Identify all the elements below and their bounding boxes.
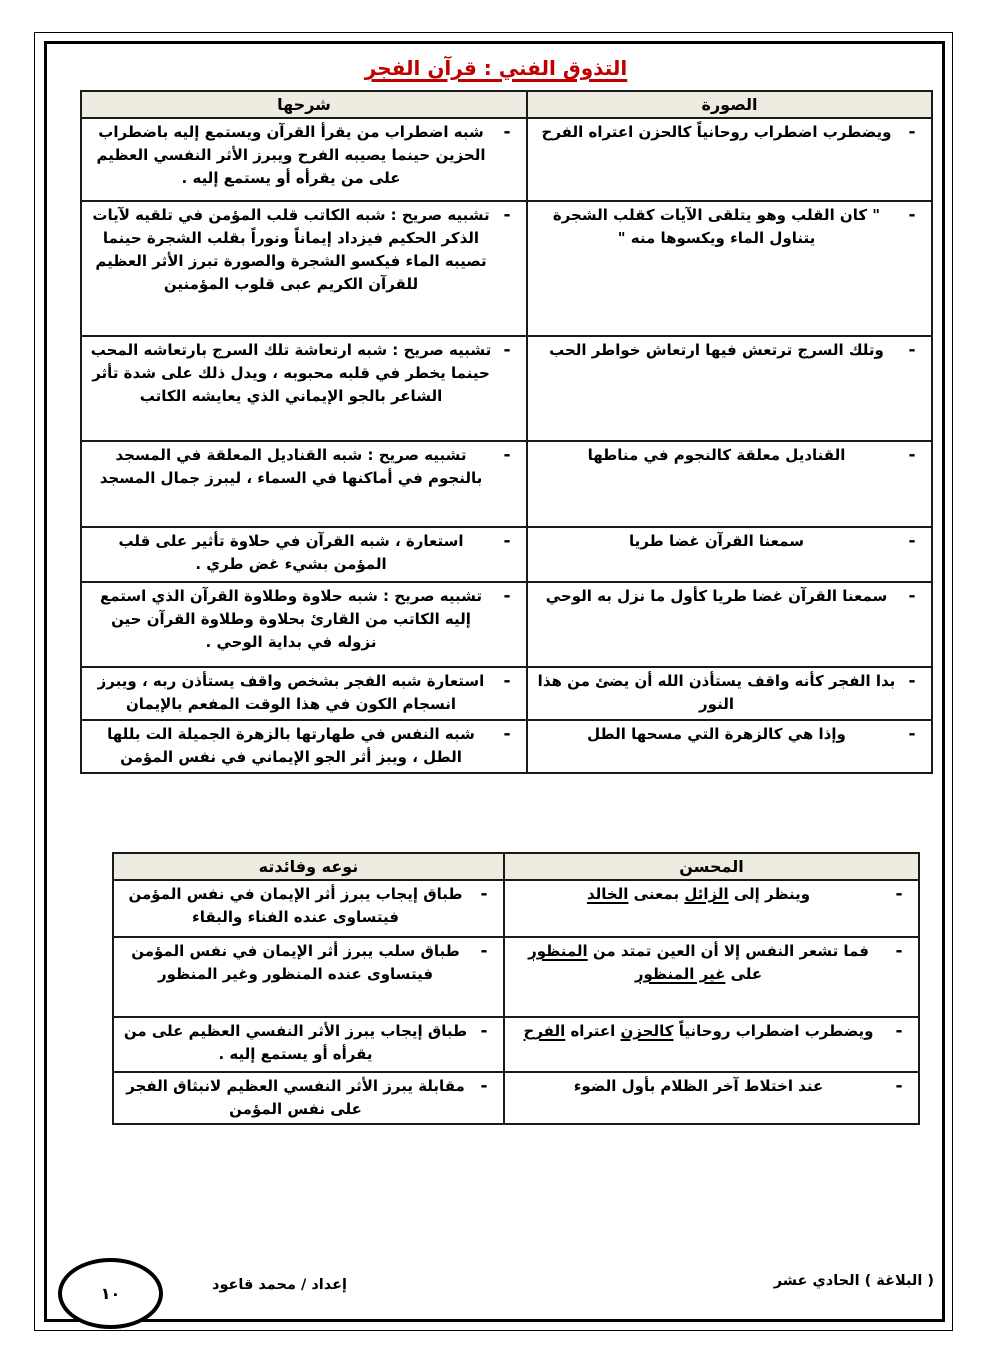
image-cell: -" كان القلب وهو يتلقى الآيات كقلب الشجر… bbox=[527, 201, 932, 336]
cell-text: استعارة شبه الفجر بشخص واقف يستأذن ربه ،… bbox=[86, 670, 492, 716]
explanation-cell: -استعارة ، شبه القرآن في حلاوة تأثير على… bbox=[81, 527, 527, 582]
figures-table-header-explanation: شرحها bbox=[81, 91, 527, 118]
text-segment: شبه النفس في طهارتها بالزهرة الجميلة الت… bbox=[107, 725, 475, 766]
bullet-dash: - bbox=[492, 121, 522, 144]
underlined-text: الخالد bbox=[587, 885, 629, 903]
footer-prepared-by: إعداد / محمد قاعود bbox=[212, 1277, 347, 1293]
cell-text: شبه النفس في طهارتها بالزهرة الجميلة الت… bbox=[86, 723, 492, 769]
bullet-dash: - bbox=[884, 883, 914, 906]
image-cell: -سمعنا القرآن غضا طريا كأول ما نزل به ال… bbox=[527, 582, 932, 667]
bullet-dash: - bbox=[897, 530, 927, 553]
cell-text: ويضطرب اضطراب روحانياً كالحزن اعتراه الف… bbox=[532, 121, 897, 144]
image-cell: -ويضطرب اضطراب روحانياً كالحزن اعتراه ال… bbox=[527, 118, 932, 201]
text-segment: استعارة ، شبه القرآن في حلاوة تأثير على … bbox=[119, 532, 464, 573]
text-segment: عند اختلاط آخر الظلام بأول الضوء bbox=[574, 1077, 823, 1095]
bullet-dash: - bbox=[884, 1020, 914, 1043]
cell-text: سمعنا القرآن غضا طريا كأول ما نزل به الو… bbox=[532, 585, 897, 608]
page-title: التذوق الفني : قرآن الفجر bbox=[0, 56, 992, 80]
table-row: -سمعنا القرآن غضا طريا-استعارة ، شبه الق… bbox=[81, 527, 932, 582]
text-segment: وإذا هي كالزهرة التي مسحها الطل bbox=[587, 725, 846, 743]
text-segment: طباق إيجاب يبرز الأثر النفسي العظيم على … bbox=[124, 1022, 467, 1063]
text-segment: طباق سلب يبرز أثر الإيمان في نفس المؤمن … bbox=[131, 942, 460, 983]
bullet-dash: - bbox=[884, 940, 914, 963]
text-segment: " كان القلب وهو يتلقى الآيات كقلب الشجرة… bbox=[553, 206, 880, 247]
text-segment: تشبيه صريح : شبه الكاتب قلب المؤمن في تل… bbox=[92, 206, 489, 293]
bullet-dash: - bbox=[492, 339, 522, 362]
type-benefit-cell: -مقابلة يبرز الأثر النفسي العظيم لانبثاق… bbox=[113, 1072, 504, 1124]
text-segment: تشبيه صريح : شبه حلاوة وطلاوة القرآن الذ… bbox=[100, 587, 482, 651]
text-segment: تشبيه صريح : شبه القناديل المعلقة في الم… bbox=[100, 446, 482, 487]
cell-text: مقابلة يبرز الأثر النفسي العظيم لانبثاق … bbox=[118, 1075, 469, 1121]
underlined-text: الزائل bbox=[684, 885, 728, 903]
type-benefit-cell: -طباق سلب يبرز أثر الإيمان في نفس المؤمن… bbox=[113, 937, 504, 1017]
bullet-dash: - bbox=[492, 670, 522, 693]
table-row: -ويضطرب اضطراب روحانياً كالحزن اعتراه ال… bbox=[113, 1017, 919, 1072]
cell-text: ويضطرب اضطراب روحانياً كالحزن اعتراه الف… bbox=[509, 1020, 884, 1043]
devices-table-body: -وينظر إلى الزائل بمعنى الخالد-طباق إيجا… bbox=[113, 880, 919, 1124]
explanation-cell: -تشبيه صريح : شبه الكاتب قلب المؤمن في ت… bbox=[81, 201, 527, 336]
text-segment: سمعنا القرآن غضا طريا كأول ما نزل به الو… bbox=[546, 587, 888, 605]
cell-text: القناديل معلقة كالنجوم في مناطها bbox=[532, 444, 897, 467]
cell-text: طباق إيجاب يبرز الأثر النفسي العظيم على … bbox=[118, 1020, 469, 1066]
figures-table-header-row: الصورة شرحها bbox=[81, 91, 932, 118]
cell-text: " كان القلب وهو يتلقى الآيات كقلب الشجرة… bbox=[532, 204, 897, 250]
bullet-dash: - bbox=[492, 723, 522, 746]
cell-text: استعارة ، شبه القرآن في حلاوة تأثير على … bbox=[86, 530, 492, 576]
underlined-text: الفرح bbox=[524, 1022, 566, 1040]
cell-text: طباق إيجاب يبرز أثر الإيمان في نفس المؤم… bbox=[118, 883, 469, 929]
text-segment: القناديل معلقة كالنجوم في مناطها bbox=[588, 446, 846, 464]
bullet-dash: - bbox=[469, 1075, 499, 1098]
bullet-dash: - bbox=[897, 670, 927, 693]
bullet-dash: - bbox=[469, 940, 499, 963]
bullet-dash: - bbox=[897, 204, 927, 227]
table-row: -سمعنا القرآن غضا طريا كأول ما نزل به ال… bbox=[81, 582, 932, 667]
bullet-dash: - bbox=[884, 1075, 914, 1098]
cell-text: بدا الفجر كأنه واقف يستأذن الله أن يضئ م… bbox=[532, 670, 897, 716]
text-segment: وتلك السرج ترتعش فيها ارتعاش خواطر الحب bbox=[549, 341, 884, 359]
type-benefit-cell: -طباق إيجاب يبرز الأثر النفسي العظيم على… bbox=[113, 1017, 504, 1072]
table-row: -وتلك السرج ترتعش فيها ارتعاش خواطر الحب… bbox=[81, 336, 932, 441]
text-segment: على bbox=[725, 965, 762, 983]
cell-text: فما تشعر النفس إلا أن العين تمتد من المن… bbox=[509, 940, 884, 986]
explanation-cell: -شبه النفس في طهارتها بالزهرة الجميلة ال… bbox=[81, 720, 527, 773]
bullet-dash: - bbox=[897, 723, 927, 746]
cell-text: سمعنا القرآن غضا طريا bbox=[532, 530, 897, 553]
bullet-dash: - bbox=[897, 585, 927, 608]
table-row: -ويضطرب اضطراب روحانياً كالحزن اعتراه ال… bbox=[81, 118, 932, 201]
text-segment: وينظر إلى bbox=[729, 885, 810, 903]
page-number: ١٠ bbox=[101, 1284, 121, 1303]
page-title-text: التذوق الفني : قرآن الفجر bbox=[365, 56, 627, 80]
bullet-dash: - bbox=[492, 204, 522, 227]
explanation-cell: -تشبيه صريح : شبه ارتعاشة تلك السرج بارت… bbox=[81, 336, 527, 441]
figures-table-header-image: الصورة bbox=[527, 91, 932, 118]
bullet-dash: - bbox=[897, 444, 927, 467]
device-cell: -عند اختلاط آخر الظلام بأول الضوء bbox=[504, 1072, 919, 1124]
devices-table-header-row: المحسن نوعه وفائدته bbox=[113, 853, 919, 880]
cell-text: طباق سلب يبرز أثر الإيمان في نفس المؤمن … bbox=[118, 940, 469, 986]
cell-text: عند اختلاط آخر الظلام بأول الضوء bbox=[509, 1075, 884, 1098]
cell-text: تشبيه صريح : شبه ارتعاشة تلك السرج بارتع… bbox=[86, 339, 492, 408]
text-segment: ويضطرب اضطراب روحانياً bbox=[673, 1022, 873, 1040]
bullet-dash: - bbox=[492, 585, 522, 608]
page-number-ellipse: ١٠ bbox=[58, 1258, 163, 1329]
table-row: -القناديل معلقة كالنجوم في مناطها-تشبيه … bbox=[81, 441, 932, 527]
cell-text: تشبيه صريح : شبه حلاوة وطلاوة القرآن الذ… bbox=[86, 585, 492, 654]
cell-text: شبه اضطراب من يقرأ القرآن ويستمع إليه با… bbox=[86, 121, 492, 190]
image-cell: -سمعنا القرآن غضا طريا bbox=[527, 527, 932, 582]
bullet-dash: - bbox=[492, 444, 522, 467]
text-segment: بمعنى bbox=[628, 885, 684, 903]
underlined-text: كالحزن bbox=[621, 1022, 674, 1040]
text-segment: سمعنا القرآن غضا طريا bbox=[629, 532, 804, 550]
text-segment: استعارة شبه الفجر بشخص واقف يستأذن ربه ،… bbox=[98, 672, 485, 713]
explanation-cell: -تشبيه صريح : شبه حلاوة وطلاوة القرآن ال… bbox=[81, 582, 527, 667]
cell-text: تشبيه صريح : شبه الكاتب قلب المؤمن في تل… bbox=[86, 204, 492, 296]
explanation-cell: -استعارة شبه الفجر بشخص واقف يستأذن ربه … bbox=[81, 667, 527, 720]
text-segment: طباق إيجاب يبرز أثر الإيمان في نفس المؤم… bbox=[128, 885, 462, 926]
image-cell: -وتلك السرج ترتعش فيها ارتعاش خواطر الحب bbox=[527, 336, 932, 441]
devices-table-header-type-benefit: نوعه وفائدته bbox=[113, 853, 504, 880]
text-segment: مقابلة يبرز الأثر النفسي العظيم لانبثاق … bbox=[126, 1077, 465, 1118]
bullet-dash: - bbox=[469, 1020, 499, 1043]
cell-text: وإذا هي كالزهرة التي مسحها الطل bbox=[532, 723, 897, 746]
table-row: -عند اختلاط آخر الظلام بأول الضوء-مقابلة… bbox=[113, 1072, 919, 1124]
underlined-text: غير المنظور bbox=[635, 965, 726, 983]
image-cell: -وإذا هي كالزهرة التي مسحها الطل bbox=[527, 720, 932, 773]
figures-table: الصورة شرحها -ويضطرب اضطراب روحانياً كال… bbox=[80, 90, 933, 774]
footer-subject: ( البلاغة ) الحادي عشر bbox=[774, 1273, 934, 1289]
image-cell: -القناديل معلقة كالنجوم في مناطها bbox=[527, 441, 932, 527]
table-row: -وينظر إلى الزائل بمعنى الخالد-طباق إيجا… bbox=[113, 880, 919, 937]
bullet-dash: - bbox=[469, 883, 499, 906]
underlined-text: المنظور bbox=[528, 942, 588, 960]
text-segment: تشبيه صريح : شبه ارتعاشة تلك السرج بارتع… bbox=[91, 341, 492, 405]
bullet-dash: - bbox=[897, 339, 927, 362]
bullet-dash: - bbox=[492, 530, 522, 553]
bullet-dash: - bbox=[897, 121, 927, 144]
image-cell: -بدا الفجر كأنه واقف يستأذن الله أن يضئ … bbox=[527, 667, 932, 720]
table-row: -وإذا هي كالزهرة التي مسحها الطل-شبه الن… bbox=[81, 720, 932, 773]
explanation-cell: -تشبيه صريح : شبه القناديل المعلقة في ال… bbox=[81, 441, 527, 527]
device-cell: -ويضطرب اضطراب روحانياً كالحزن اعتراه ال… bbox=[504, 1017, 919, 1072]
devices-table: المحسن نوعه وفائدته -وينظر إلى الزائل بم… bbox=[112, 852, 920, 1125]
table-row: -" كان القلب وهو يتلقى الآيات كقلب الشجر… bbox=[81, 201, 932, 336]
cell-text: وينظر إلى الزائل بمعنى الخالد bbox=[509, 883, 884, 906]
document-page: التذوق الفني : قرآن الفجر الصورة شرحها -… bbox=[0, 0, 992, 1370]
figures-table-body: -ويضطرب اضطراب روحانياً كالحزن اعتراه ال… bbox=[81, 118, 932, 773]
text-segment: اعتراه bbox=[565, 1022, 620, 1040]
table-row: -بدا الفجر كأنه واقف يستأذن الله أن يضئ … bbox=[81, 667, 932, 720]
cell-text: وتلك السرج ترتعش فيها ارتعاش خواطر الحب bbox=[532, 339, 897, 362]
device-cell: -وينظر إلى الزائل بمعنى الخالد bbox=[504, 880, 919, 937]
explanation-cell: -شبه اضطراب من يقرأ القرآن ويستمع إليه ب… bbox=[81, 118, 527, 201]
type-benefit-cell: -طباق إيجاب يبرز أثر الإيمان في نفس المؤ… bbox=[113, 880, 504, 937]
cell-text: تشبيه صريح : شبه القناديل المعلقة في الم… bbox=[86, 444, 492, 490]
text-segment: بدا الفجر كأنه واقف يستأذن الله أن يضئ م… bbox=[538, 672, 896, 713]
text-segment: ويضطرب اضطراب روحانياً كالحزن اعتراه الف… bbox=[542, 123, 892, 141]
text-segment: فما تشعر النفس إلا أن العين تمتد من bbox=[588, 942, 869, 960]
devices-table-header-device: المحسن bbox=[504, 853, 919, 880]
table-row: -فما تشعر النفس إلا أن العين تمتد من الم… bbox=[113, 937, 919, 1017]
text-segment: شبه اضطراب من يقرأ القرآن ويستمع إليه با… bbox=[96, 123, 485, 187]
device-cell: -فما تشعر النفس إلا أن العين تمتد من الم… bbox=[504, 937, 919, 1017]
